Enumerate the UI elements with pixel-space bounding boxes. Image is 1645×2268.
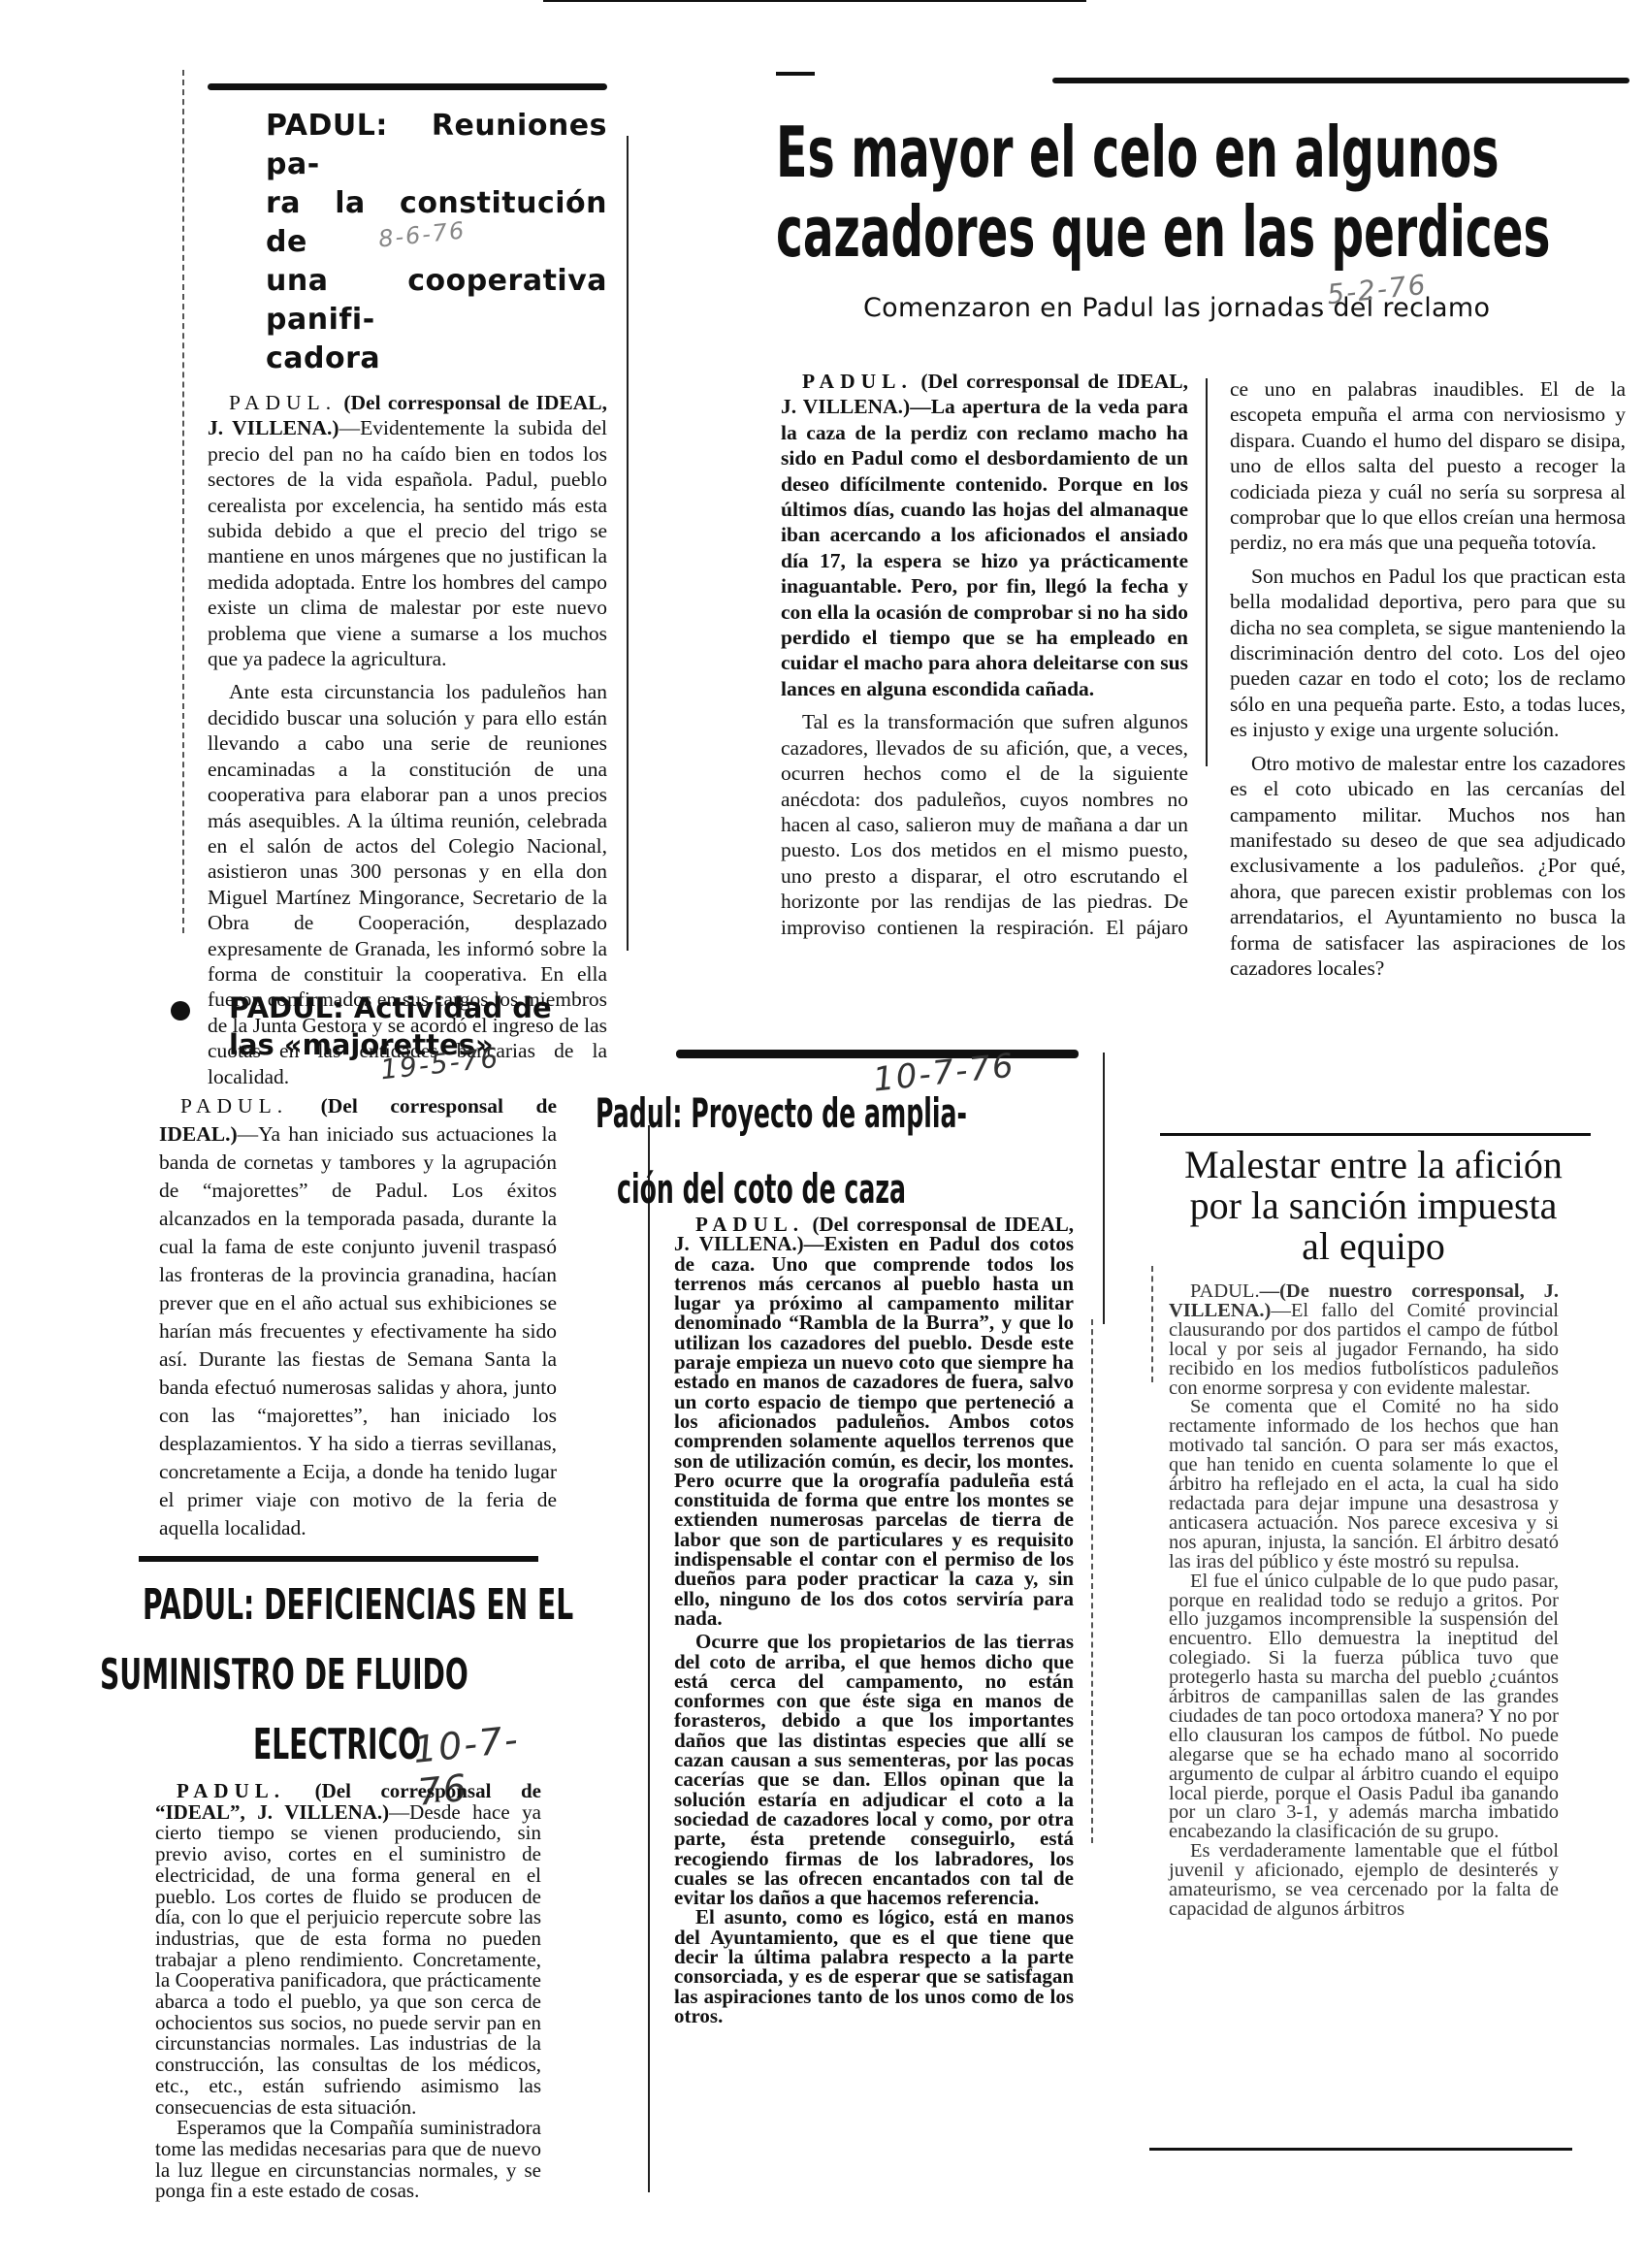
article-body: PADUL. (Del corresponsal de IDEAL, J. VI…	[674, 1215, 1074, 2025]
clipping-edge	[1091, 1319, 1093, 1843]
paragraph: —La apertura de la veda para la caza de …	[781, 395, 1188, 699]
paragraph: Son muchos en Padul los que practican es…	[1230, 564, 1626, 743]
article-body: PADUL. (Del corresponsal de “IDEAL”, J. …	[155, 1781, 541, 2202]
clipping-edge	[1103, 1053, 1105, 1324]
headline-line: PADUL: DEFICIENCIAS EN EL	[139, 1576, 546, 1646]
paragraph: El fue el único culpable de lo que pudo …	[1169, 1572, 1559, 1843]
article-body: PADUL. (Del corresponsal de IDEAL, J. VI…	[208, 390, 607, 1089]
paragraph: —Ya han iniciado sus actuaciones la band…	[159, 1122, 557, 1539]
clipping-edge	[182, 70, 184, 933]
section-rule	[208, 83, 607, 90]
paragraph: Esperamos que la Compañía suministradora…	[155, 2118, 541, 2202]
headline-line: una cooperativa panifi-	[266, 262, 607, 340]
paragraph: Se comenta que el Comité no ha sido rect…	[1169, 1398, 1559, 1571]
headline-line: cadora	[266, 340, 607, 378]
article-coto: 10-7-76 Padul: Proyecto de amplia- ción …	[679, 1067, 1086, 1226]
article-headline: Malestar entre la afición por la sanción…	[1160, 1145, 1587, 1267]
article-body-col2: ce uno en palabras inaudibles. El de la …	[1230, 376, 1626, 981]
article-cazadores: Es mayor el celo en algunos cazadores qu…	[776, 114, 1629, 323]
top-border-rule	[543, 0, 1086, 2]
paragraph: El asunto, como es lógico, está en manos…	[674, 1907, 1074, 2025]
headline-line: SUMINISTRO DE FLUIDO	[139, 1646, 546, 1716]
paragraph: Ocurre que los propietarios de las tierr…	[674, 1632, 1074, 1907]
headline-line: Es mayor el celo en algunos	[776, 114, 1610, 190]
section-rule	[1149, 2148, 1572, 2151]
article-cooperativa: PADUL: Reuniones pa- ra la constitución …	[208, 107, 607, 1089]
section-rule	[676, 1050, 1079, 1058]
article-subheadline: Comenzaron en Padul las jornadas del rec…	[776, 293, 1629, 323]
section-rule	[1160, 1133, 1591, 1136]
article-fluido: PADUL: DEFICIENCIAS EN EL SUMINISTRO DE …	[139, 1576, 546, 1786]
dateline: PADUL.	[229, 391, 337, 414]
paragraph: —Evidentemente la subida del precio del …	[208, 416, 607, 670]
article-body: PADUL. (Del corresponsal de IDEAL.)—Ya h…	[159, 1092, 557, 1542]
article-sancion: Malestar entre la afición por la sanción…	[1160, 1145, 1587, 1267]
section-rule	[1052, 78, 1629, 83]
headline-line: por la sanción impuesta	[1160, 1185, 1587, 1226]
dateline: PADUL.	[177, 1779, 285, 1802]
paragraph: Otro motivo de malestar entre los cazado…	[1230, 751, 1626, 982]
clipping-edge	[627, 136, 629, 951]
column-rule	[1206, 378, 1208, 766]
headline-line: al equipo	[1160, 1226, 1587, 1267]
dateline: PADUL.	[180, 1094, 288, 1118]
paragraph: —Existen en Padul dos cotos de caza. Uno…	[674, 1232, 1074, 1630]
headline-line: PADUL: Actividad de	[229, 989, 557, 1026]
article-body-col1: PADUL. (Del corresponsal de IDEAL, J. VI…	[781, 369, 1188, 940]
article-headline: Padul: Proyecto de amplia- ción del coto…	[679, 1067, 1086, 1226]
clipping-edge	[648, 1125, 650, 2192]
dateline: PADUL.	[1190, 1280, 1260, 1302]
paragraph: Tal es la transformación que sufren algu…	[781, 709, 1188, 940]
article-body: PADUL.—(De nuestro corresponsal, J. VILL…	[1169, 1282, 1559, 1920]
dateline: PADUL.	[802, 370, 913, 393]
headline-line: PADUL: Reuniones pa-	[266, 107, 607, 184]
article-majorettes: PADUL: Actividad de las «majorettes» 19-…	[159, 989, 557, 1542]
clipping-edge	[1151, 1266, 1153, 1382]
paragraph-continued: ce uno en palabras inaudibles. El de la …	[1230, 376, 1626, 556]
headline-line: cazadores que en las perdices	[776, 194, 1610, 270]
article-headline: Es mayor el celo en algunos cazadores qu…	[776, 114, 1610, 270]
section-rule	[776, 72, 815, 76]
headline-line: Malestar entre la afición	[1160, 1145, 1587, 1185]
section-rule	[139, 1556, 538, 1562]
paragraph: Es verdaderamente lamentable que el fútb…	[1169, 1842, 1559, 1920]
paragraph: —Desde hace ya cierto tiempo se vienen p…	[155, 1800, 541, 2119]
